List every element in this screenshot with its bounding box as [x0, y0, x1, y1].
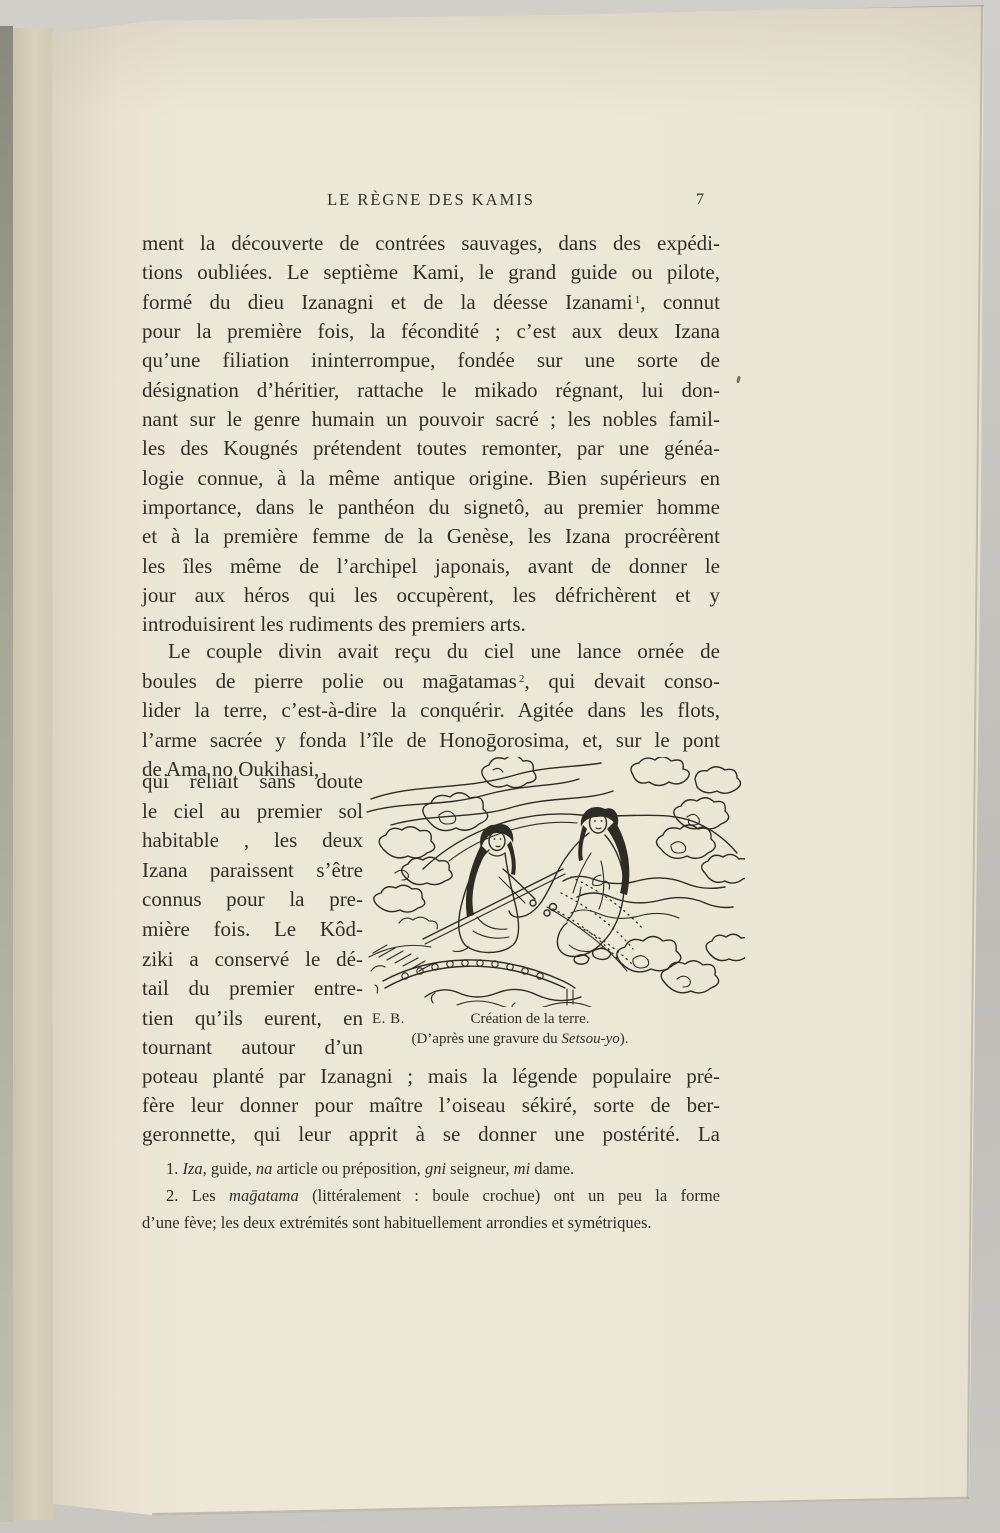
running-header: LE RÈGNE DES KAMIS 7 — [142, 190, 720, 210]
text-line: et à la première femme de la Genèse, les… — [142, 522, 720, 551]
header-title: LE RÈGNE DES KAMIS — [327, 190, 535, 209]
page-number: 7 — [696, 191, 704, 209]
text-span: boules de pierre polie ou maḡatamas — [142, 669, 517, 693]
text-line: lider la terre, c’est-à-dire la conquéri… — [142, 696, 720, 726]
text-span: 2. Les — [166, 1186, 229, 1205]
paragraph-1: ment la découverte de contrées sauvages,… — [142, 229, 720, 640]
text-line: nant sur le genre humain un pouvoir sacr… — [142, 405, 720, 434]
page-top-edge — [50, 4, 988, 21]
text-span-italic: Iza — [183, 1159, 203, 1178]
text-span-italic: maḡatama — [229, 1186, 299, 1205]
footnote-2-line-2: d’une fève; les deux extrémités sont hab… — [142, 1209, 720, 1236]
text-span: , guide, — [203, 1159, 256, 1178]
text-line: boules de pierre polie ou maḡatamas2, qu… — [142, 667, 720, 697]
text-line: le ciel au premier sol — [142, 797, 363, 827]
page-bottom-edge — [152, 1497, 972, 1516]
creation-de-la-terre-engraving — [365, 757, 745, 1007]
text-line: connus pour la pre- — [142, 885, 363, 915]
text-line: tions oubliées. Le septième Kami, le gra… — [142, 258, 720, 287]
text-line: tien qu’ils eurent, en — [142, 1004, 363, 1034]
engraving-illustration — [365, 757, 745, 1007]
text-span-italic: gni — [425, 1159, 446, 1178]
text-span: formé du dieu Izanagni et de la déesse I… — [142, 290, 633, 314]
text-line: geronnette, qui leur apprit à se donner … — [142, 1120, 720, 1149]
figure-caption-source: (D’après une gravure du Setsou-yo). — [355, 1031, 685, 1048]
text-span: (littéralement : boule crochue) ont un p… — [299, 1186, 720, 1205]
text-span: 1. — [166, 1159, 183, 1178]
footnote-2-line-1: 2. Les maḡatama (littéralement : boule c… — [142, 1182, 720, 1209]
ink-speck — [736, 376, 741, 384]
text-line: les des Kougnés prétendent toutes remont… — [142, 434, 720, 463]
text-line: logie connue, à la même antique origine.… — [142, 464, 720, 493]
text-line: importance, dans le panthéon du signetô,… — [142, 493, 720, 522]
footnotes: 1. Iza, guide, na article ou préposition… — [142, 1155, 720, 1237]
book-block-edge — [0, 26, 13, 1522]
text-line: Le couple divin avait reçu du ciel une l… — [142, 637, 720, 667]
figure-caption: Création de la terre. — [365, 1011, 695, 1028]
book-photo: LE RÈGNE DES KAMIS 7 ment la découverte … — [0, 0, 1000, 1533]
wrap-column: qui reliait sans doute le ciel au premie… — [142, 767, 363, 1063]
text-span: dame. — [530, 1159, 574, 1178]
text-span: (D’après une gravure du — [411, 1031, 561, 1047]
text-line: qui reliait sans doute — [142, 767, 363, 797]
text-line: les îles même de l’archipel japonais, av… — [142, 552, 720, 581]
text-span: seigneur, — [446, 1159, 514, 1178]
text-line: introduisirent les rudiments des premier… — [142, 610, 720, 639]
book-page: LE RÈGNE DES KAMIS 7 ment la découverte … — [0, 0, 1000, 1533]
text-span-italic: Setsou-yo — [561, 1031, 619, 1047]
footnote-1: 1. Iza, guide, na article ou préposition… — [142, 1155, 720, 1182]
text-line: formé du dieu Izanagni et de la déesse I… — [142, 288, 720, 317]
text-line: poteau planté par Izanagni ; mais la lég… — [142, 1062, 720, 1091]
text-line: fère leur donner pour maître l’oiseau sé… — [142, 1091, 720, 1120]
text-line: l’arme sacrée y fonda l’île de Honoḡoros… — [142, 726, 720, 756]
text-span: ). — [620, 1031, 629, 1047]
text-span-italic: mi — [514, 1159, 531, 1178]
page-right-edge — [967, 4, 983, 1504]
text-line: pour la première fois, la fécondité ; c’… — [142, 317, 720, 346]
text-line: jour aux héros qui les occupèrent, les d… — [142, 581, 720, 610]
text-span: article ou préposition, — [272, 1159, 425, 1178]
text-line: désignation d’héritier, rattache le mika… — [142, 376, 720, 405]
paragraph-3: poteau planté par Izanagni ; mais la lég… — [142, 1062, 720, 1149]
text-line: ment la découverte de contrées sauvages,… — [142, 229, 720, 258]
text-line: habitable , les deux — [142, 826, 363, 856]
text-span: , qui devait conso- — [524, 669, 720, 693]
text-line: mière fois. Le Kôd- — [142, 915, 363, 945]
text-line: Izana paraissent s’être — [142, 856, 363, 886]
text-span: , connut — [640, 290, 720, 314]
text-span-italic: na — [256, 1159, 273, 1178]
text-line: tournant autour d’un — [142, 1033, 363, 1063]
text-line: qu’une filiation ininterrompue, fondée s… — [142, 346, 720, 375]
facing-page-edge — [13, 28, 53, 1520]
text-line: tail du premier entre- — [142, 974, 363, 1004]
text-line: ziki a conservé le dé- — [142, 945, 363, 975]
